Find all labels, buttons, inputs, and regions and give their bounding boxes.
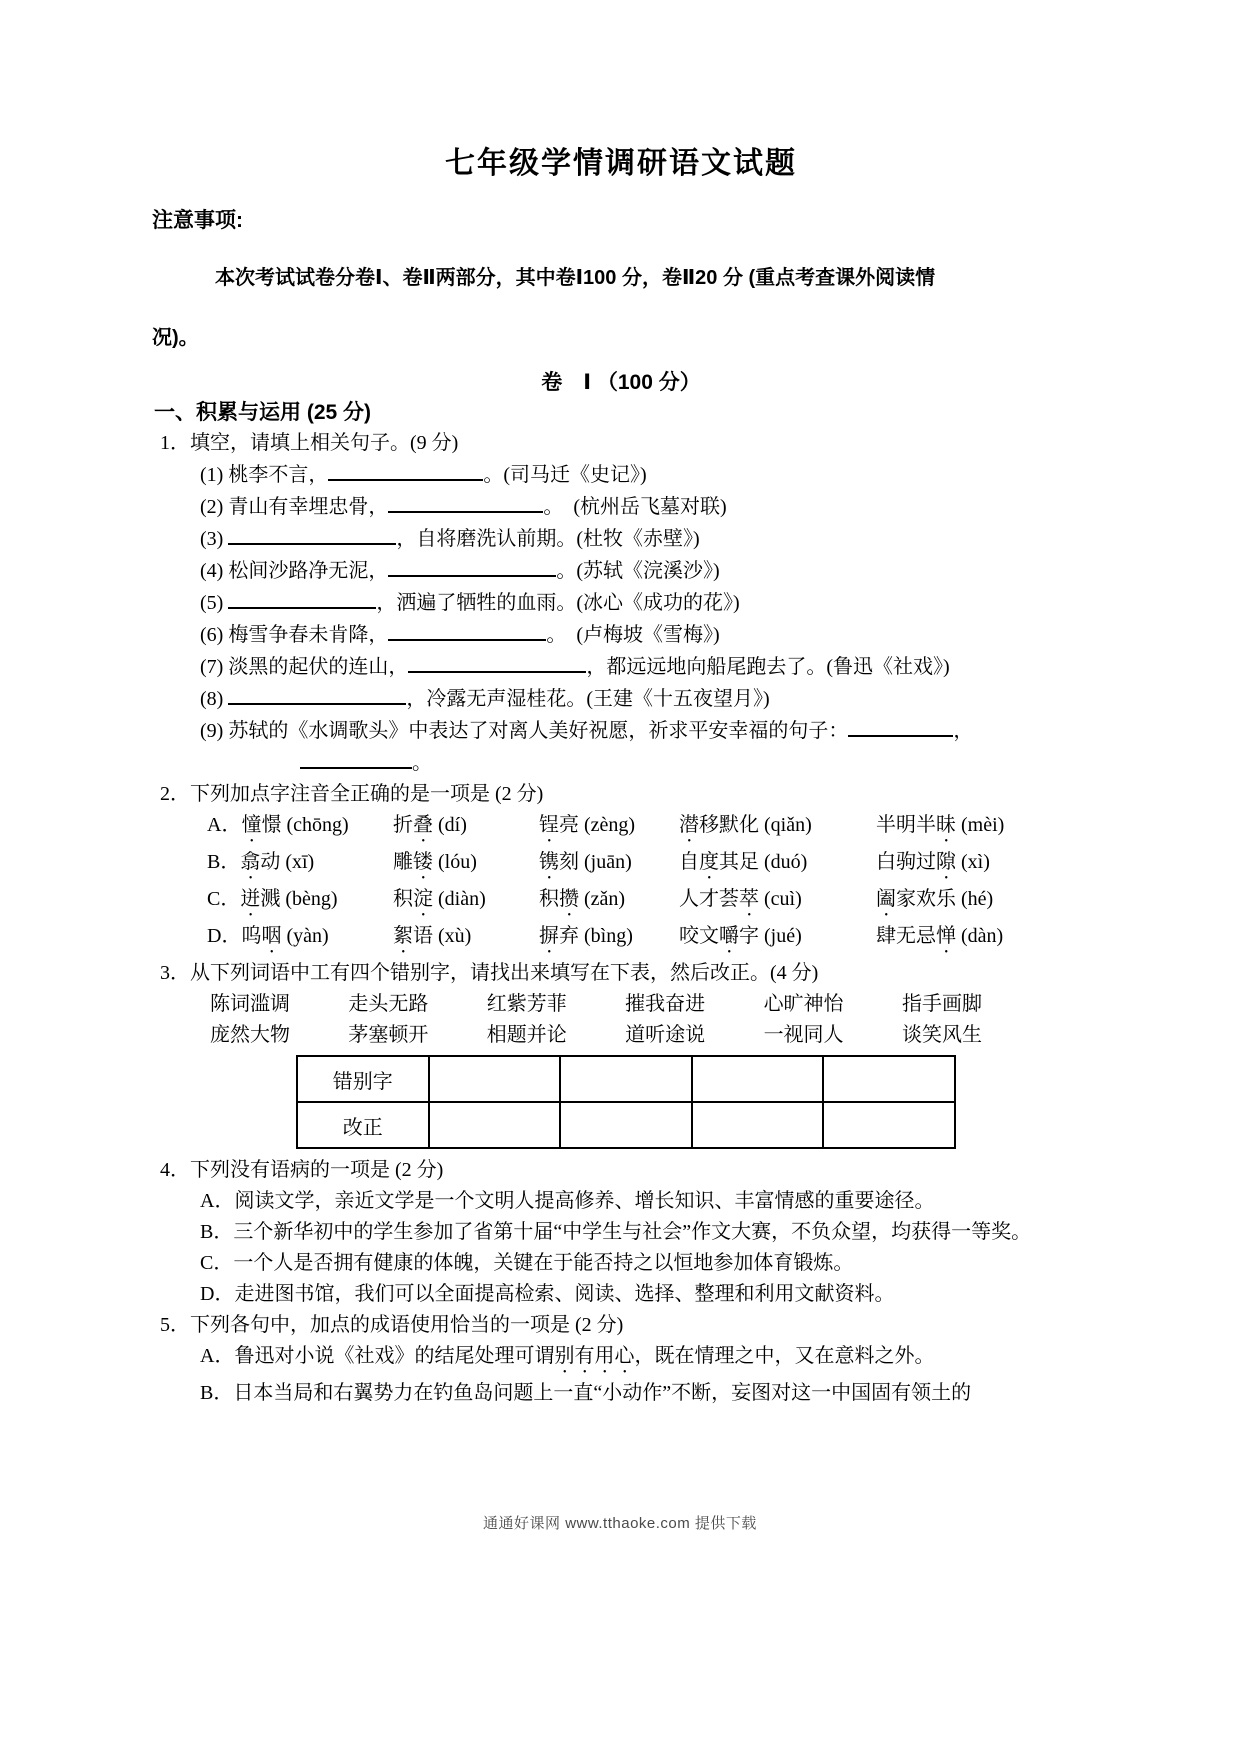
dotted-text: 咽 bbox=[261, 925, 281, 947]
blank-line bbox=[848, 715, 953, 737]
dotted-text: 摒 bbox=[539, 925, 559, 947]
text-run: (7) 淡黑的起伏的连山， bbox=[200, 656, 408, 678]
dotted-text: 镌 bbox=[539, 851, 559, 873]
page-content: 七年级学情调研语文试题 注意事项: 本次考试试卷分卷Ⅰ、卷Ⅱ两部分，其中卷Ⅰ10… bbox=[152, 0, 1090, 1409]
text-run: (4) 松间沙路净无泥， bbox=[200, 560, 388, 582]
word-pinyin-group: 锃亮 (zèng) bbox=[539, 810, 679, 847]
text-run: 其足 (duó) bbox=[719, 851, 807, 873]
option-line: D．走进图书馆，我们可以全面提高检索、阅读、选择、整理和利用文献资料。 bbox=[200, 1279, 1090, 1310]
page-title: 七年级学情调研语文试题 bbox=[152, 0, 1090, 182]
blank-line bbox=[388, 491, 543, 513]
table-answer-cell[interactable] bbox=[560, 1102, 692, 1148]
text-run: (mèi) bbox=[956, 814, 1004, 836]
idiom-word: 红紫芳菲 bbox=[487, 989, 567, 1020]
text-run: (dàn) bbox=[956, 925, 1003, 947]
text-run: 人才荟 bbox=[679, 888, 739, 910]
word-pinyin-group: 镌刻 (juān) bbox=[539, 847, 679, 884]
blank-line bbox=[388, 619, 546, 641]
word-pinyin-group: D．呜咽 (yàn) bbox=[207, 921, 393, 958]
text-run: ，洒遍了牺牲的血雨。(冰心《成功的花》) bbox=[376, 592, 739, 614]
page-footer: 通通好课网 www.tthaoke.com 提供下载 bbox=[0, 1512, 1240, 1533]
blank-line bbox=[388, 555, 556, 577]
dotted-text: 嚼 bbox=[719, 925, 739, 947]
table-answer-cell[interactable] bbox=[692, 1056, 824, 1102]
text-run: (xì) bbox=[956, 851, 990, 873]
blank-line bbox=[228, 683, 406, 705]
text-run: (8) bbox=[200, 688, 228, 710]
indent-spacer bbox=[200, 768, 300, 769]
dotted-text: 阖 bbox=[876, 888, 896, 910]
text-run: 。(苏轼《浣溪沙》) bbox=[556, 560, 719, 582]
text-run: (5) bbox=[200, 592, 228, 614]
blank-line bbox=[328, 459, 483, 481]
question-line: A．鲁迅对小说《社戏》的结尾处理可谓别有用心，既在情理之中，又在意料之外。 bbox=[200, 1341, 1090, 1378]
idiom-word: 一视同人 bbox=[764, 1020, 844, 1051]
notice-paragraph: 本次考试试卷分卷Ⅰ、卷Ⅱ两部分，其中卷Ⅰ100 分，卷Ⅱ20 分 (重点考查课外… bbox=[152, 248, 1090, 368]
idiom-word: 庞然大物 bbox=[210, 1020, 290, 1051]
blank-line bbox=[228, 523, 396, 545]
q5-options: A．鲁迅对小说《社戏》的结尾处理可谓别有用心，既在情理之中，又在意料之外。B．日… bbox=[152, 1341, 1090, 1409]
dotted-text: 隙 bbox=[936, 851, 956, 873]
text-run: ，冷露无声湿桂花。(王建《十五夜望月》) bbox=[406, 688, 769, 710]
notice-line-2: 况)。 bbox=[152, 308, 1090, 368]
q4-options: A．阅读文学，亲近文学是一个文明人提高修养、增长知识、丰富情感的重要途径。B．三… bbox=[152, 1186, 1090, 1310]
option-row: A．憧憬 (chōng)折叠 (dí)锃亮 (zèng)潜移默化 (qiǎn)半… bbox=[207, 810, 1090, 847]
q3-stem: 3．从下列词语中工有四个错别字，请找出来填写在下表，然后改正。(4 分) bbox=[160, 958, 1090, 989]
word-pinyin-group: 白驹过隙 (xì) bbox=[876, 847, 1090, 884]
exam-paper-page: 七年级学情调研语文试题 注意事项: 本次考试试卷分卷Ⅰ、卷Ⅱ两部分，其中卷Ⅰ10… bbox=[0, 0, 1240, 1754]
option-row: C．迸溅 (bèng)积淀 (diàn)积攒 (zǎn)人才荟萃 (cuì)阖家… bbox=[207, 884, 1090, 921]
text-run: 弃 (bìng) bbox=[559, 925, 633, 947]
text-run: 动 (xī) bbox=[260, 851, 314, 873]
text-run: (cuì) bbox=[759, 888, 802, 910]
dotted-text: 度 bbox=[699, 851, 719, 873]
text-run: 语 (xù) bbox=[413, 925, 471, 947]
dotted-text: 昧 bbox=[936, 814, 956, 836]
word-pinyin-group: 半明半昧 (mèi) bbox=[876, 810, 1090, 847]
dotted-text: 憧 bbox=[241, 814, 261, 836]
text-run: (diàn) bbox=[433, 888, 486, 910]
word-pinyin-group: 咬文嚼字 (jué) bbox=[679, 921, 876, 958]
q3-words-row-1: 陈词滥调走头无路红紫芳菲摧我奋进心旷神怡指手画脚 bbox=[210, 989, 982, 1020]
question-line: (4) 松间沙路净无泥，。(苏轼《浣溪沙》) bbox=[200, 555, 1090, 587]
question-line: (8) ，冷露无声湿桂花。(王建《十五夜望月》) bbox=[200, 683, 1090, 715]
text-run: (2) 青山有幸埋忠骨， bbox=[200, 496, 388, 518]
dotted-text: 叠 bbox=[413, 814, 433, 836]
blank-line bbox=[408, 651, 586, 673]
table-answer-cell[interactable] bbox=[823, 1102, 955, 1148]
question-line: B．日本当局和右翼势力在钓鱼岛问题上一直“小动作”不断，妄图对这一中国固有领土的 bbox=[200, 1378, 1090, 1409]
dotted-text: 迸 bbox=[240, 888, 260, 910]
word-pinyin-group: B．翕动 (xī) bbox=[207, 847, 393, 884]
blank-line bbox=[300, 747, 412, 769]
table-answer-cell[interactable] bbox=[560, 1056, 692, 1102]
option-row: D．呜咽 (yàn)絮语 (xù)摒弃 (bìng)咬文嚼字 (jué)肆无忌惮… bbox=[207, 921, 1090, 958]
text-run: ， bbox=[953, 720, 973, 742]
q3-words-row-2: 庞然大物茅塞顿开相题并论道听途说一视同人谈笑风生 bbox=[210, 1020, 982, 1051]
notice-label: 注意事项: bbox=[152, 208, 1090, 234]
table-row: 改正 bbox=[297, 1102, 955, 1148]
text-run: 刻 (juān) bbox=[559, 851, 632, 873]
table-row-label: 错别字 bbox=[297, 1056, 429, 1102]
dotted-text: 萃 bbox=[739, 888, 759, 910]
option-row: B．翕动 (xī)雕镂 (lóu)镌刻 (juān)自度其足 (duó)白驹过隙… bbox=[207, 847, 1090, 884]
table-answer-cell[interactable] bbox=[429, 1056, 561, 1102]
text-run: A．鲁迅对小说《社戏》的结尾处理可谓 bbox=[200, 1345, 554, 1367]
question-line: (1) 桃李不言，。(司马迁《史记》) bbox=[200, 459, 1090, 491]
text-run: ，既在情理之中，又在意料之外。 bbox=[634, 1345, 934, 1367]
dotted-text: 镂 bbox=[413, 851, 433, 873]
word-pinyin-group: 积淀 (diàn) bbox=[393, 884, 539, 921]
word-pinyin-group: 肆无忌惮 (dàn) bbox=[876, 921, 1090, 958]
text-run: 。 (卢梅坡《雪梅》) bbox=[546, 624, 719, 646]
idiom-word: 茅塞顿开 bbox=[348, 1020, 428, 1051]
text-run: ，都远远地向船尾跑去了。(鲁迅《社戏》) bbox=[586, 656, 949, 678]
text-run: (lóu) bbox=[433, 851, 477, 873]
text-run: 自 bbox=[679, 851, 699, 873]
text-run: (6) 梅雪争春未肯降， bbox=[200, 624, 388, 646]
question-line: (3) ，自将磨洗认前期。(杜牧《赤壁》) bbox=[200, 523, 1090, 555]
part1-title: 一、积累与运用 (25 分) bbox=[154, 398, 1090, 428]
text-run: (zǎn) bbox=[579, 888, 625, 910]
table-row: 错别字 bbox=[297, 1056, 955, 1102]
text-run: (1) 桃李不言， bbox=[200, 464, 328, 486]
volume-title: 卷 Ⅰ （100 分） bbox=[152, 368, 1090, 398]
word-pinyin-group: 雕镂 (lóu) bbox=[393, 847, 539, 884]
word-pinyin-group: C．迸溅 (bèng) bbox=[207, 884, 393, 921]
word-pinyin-group: 积攒 (zǎn) bbox=[539, 884, 679, 921]
word-pinyin-group: 潜移默化 (qiǎn) bbox=[679, 810, 876, 847]
dotted-text: 潜 bbox=[679, 814, 699, 836]
dotted-text: 攒 bbox=[559, 888, 579, 910]
text-run: C． bbox=[207, 888, 240, 910]
notice-line-1: 本次考试试卷分卷Ⅰ、卷Ⅱ两部分，其中卷Ⅰ100 分，卷Ⅱ20 分 (重点考查课外… bbox=[152, 248, 1090, 308]
text-run: 。 bbox=[412, 752, 432, 774]
text-run: 。 (杭州岳飞墓对联) bbox=[543, 496, 726, 518]
word-pinyin-group: 摒弃 (bìng) bbox=[539, 921, 679, 958]
text-run: 溅 (bèng) bbox=[260, 888, 337, 910]
table-answer-cell[interactable] bbox=[429, 1102, 561, 1148]
question-line: 。 bbox=[200, 747, 1090, 779]
text-run: 肆无忌 bbox=[876, 925, 936, 947]
word-pinyin-group: A．憧憬 (chōng) bbox=[207, 810, 393, 847]
idiom-word: 谈笑风生 bbox=[902, 1020, 982, 1051]
option-line: B．三个新华初中的学生参加了省第十届“中学生与社会”作文大赛，不负众望，均获得一… bbox=[200, 1217, 1090, 1248]
word-pinyin-group: 自度其足 (duó) bbox=[679, 847, 876, 884]
q5-stem: 5．下列各句中，加点的成语使用恰当的一项是 (2 分) bbox=[160, 1310, 1090, 1341]
text-run: 字 (jué) bbox=[739, 925, 802, 947]
dotted-text: 锃 bbox=[539, 814, 559, 836]
text-run: 亮 (zèng) bbox=[559, 814, 635, 836]
text-run: (yàn) bbox=[281, 925, 328, 947]
question-line: (9) 苏轼的《水调歌头》中表达了对离人美好祝愿，祈求平安幸福的句子：， bbox=[200, 715, 1090, 747]
text-run: 家欢乐 (hé) bbox=[896, 888, 993, 910]
question-line: (6) 梅雪争春未肯降，。 (卢梅坡《雪梅》) bbox=[200, 619, 1090, 651]
word-pinyin-group: 折叠 (dí) bbox=[393, 810, 539, 847]
text-run: 咬文 bbox=[679, 925, 719, 947]
idiom-word: 心旷神怡 bbox=[764, 989, 844, 1020]
idiom-word: 相题并论 bbox=[487, 1020, 567, 1051]
text-run: 白驹过 bbox=[876, 851, 936, 873]
text-run: 。(司马迁《史记》) bbox=[483, 464, 646, 486]
dotted-text: 翕 bbox=[240, 851, 260, 873]
table-answer-cell[interactable] bbox=[692, 1102, 824, 1148]
text-run: 积 bbox=[393, 888, 413, 910]
word-pinyin-group: 人才荟萃 (cuì) bbox=[679, 884, 876, 921]
dotted-text: 絮 bbox=[393, 925, 413, 947]
word-pinyin-group: 阖家欢乐 (hé) bbox=[876, 884, 1090, 921]
q3-answer-table: 错别字改正 bbox=[296, 1055, 956, 1149]
option-line: C．一个人是否拥有健康的体魄，关键在于能否持之以恒地参加体育锻炼。 bbox=[200, 1248, 1090, 1279]
dotted-text: 别有用心 bbox=[554, 1345, 634, 1367]
option-line: A．阅读文学，亲近文学是一个文明人提高修养、增长知识、丰富情感的重要途径。 bbox=[200, 1186, 1090, 1217]
question-line: (2) 青山有幸埋忠骨，。 (杭州岳飞墓对联) bbox=[200, 491, 1090, 523]
text-run: (dí) bbox=[433, 814, 467, 836]
text-run: ，自将磨洗认前期。(杜牧《赤壁》) bbox=[396, 528, 699, 550]
idiom-word: 指手画脚 bbox=[902, 989, 982, 1020]
q1-stem: 1．填空，请填上相关句子。(9 分) bbox=[160, 428, 1090, 459]
idiom-word: 走头无路 bbox=[348, 989, 428, 1020]
text-run: 移默化 (qiǎn) bbox=[699, 814, 812, 836]
text-run: 半明半 bbox=[876, 814, 936, 836]
text-run: A． bbox=[207, 814, 241, 836]
blank-line bbox=[228, 587, 376, 609]
idiom-word: 道听途说 bbox=[625, 1020, 705, 1051]
q2-stem: 2．下列加点字注音全正确的是一项是 (2 分) bbox=[160, 779, 1090, 810]
dotted-text: 淀 bbox=[413, 888, 433, 910]
q2-option-rows: A．憧憬 (chōng)折叠 (dí)锃亮 (zèng)潜移默化 (qiǎn)半… bbox=[152, 810, 1090, 958]
text-run: B． bbox=[207, 851, 240, 873]
q4-stem: 4．下列没有语病的一项是 (2 分) bbox=[160, 1155, 1090, 1186]
question-line: (5) ，洒遍了牺牲的血雨。(冰心《成功的花》) bbox=[200, 587, 1090, 619]
dotted-text: 惮 bbox=[936, 925, 956, 947]
text-run: 积 bbox=[539, 888, 559, 910]
text-run: (3) bbox=[200, 528, 228, 550]
text-run: 折 bbox=[393, 814, 413, 836]
text-run: 雕 bbox=[393, 851, 413, 873]
idiom-word: 摧我奋进 bbox=[625, 989, 705, 1020]
question-line: (7) 淡黑的起伏的连山，，都远远地向船尾跑去了。(鲁迅《社戏》) bbox=[200, 651, 1090, 683]
text-run: (9) 苏轼的《水调歌头》中表达了对离人美好祝愿，祈求平安幸福的句子： bbox=[200, 720, 848, 742]
text-run: B．日本当局和右翼势力在钓鱼岛问题上一直“小动作”不断，妄图对这一中国固有领土的 bbox=[200, 1382, 971, 1404]
word-pinyin-group: 絮语 (xù) bbox=[393, 921, 539, 958]
table-row-label: 改正 bbox=[297, 1102, 429, 1148]
text-run: 憬 (chōng) bbox=[261, 814, 348, 836]
idiom-word: 陈词滥调 bbox=[210, 989, 290, 1020]
q1-fill-in-lines: (1) 桃李不言，。(司马迁《史记》)(2) 青山有幸埋忠骨，。 (杭州岳飞墓对… bbox=[152, 459, 1090, 779]
text-run: D．呜 bbox=[207, 925, 261, 947]
table-answer-cell[interactable] bbox=[823, 1056, 955, 1102]
